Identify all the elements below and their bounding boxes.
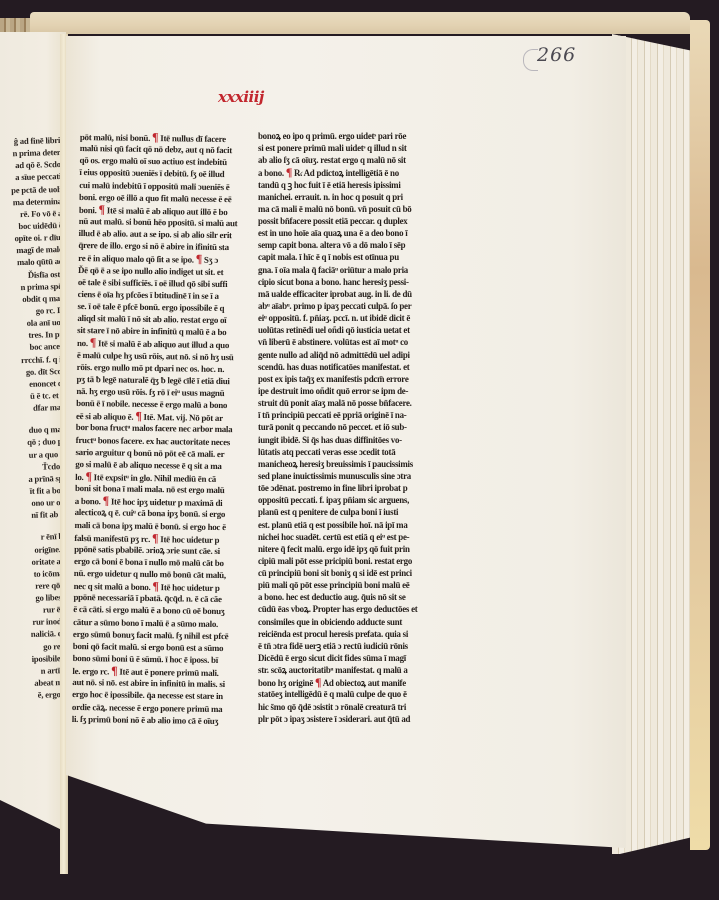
text-line: mā ualde efficaciter iprobat aug. in li.…	[258, 288, 434, 300]
text-line: post ex ipis taq̄ʒ ex manifestis pdcm̄ e…	[258, 373, 434, 385]
folio-number: 266	[537, 44, 576, 66]
paragraph-mark-rubric: ¶	[99, 202, 105, 216]
text-line: tōe ɔdēnat. postremo in fine libri iprob…	[258, 482, 434, 494]
text-line: cūdū ēas vboꝝ. Propter has ergo deductōe…	[258, 603, 434, 615]
paragraph-mark-rubric: ¶	[85, 469, 91, 483]
text-line: tandū q ꝫ hoc fuit ī ē etiā heresis ipis…	[258, 179, 434, 191]
text-line: ipe destruit imo oñdit quō error se ipm …	[258, 385, 434, 397]
paragraph-mark-rubric: ¶	[196, 252, 202, 266]
text-line: est. planū etiā q est possibile hoī. nā …	[258, 519, 434, 531]
paragraph-mark-rubric: ¶	[315, 675, 321, 689]
text-line: ē, ergo nīsl	[0, 688, 66, 703]
text-line: est in uno hoīe aīa quaꝝ una ē a deo bon…	[258, 227, 434, 239]
text-line: li. ſʒ primū boni nō ē ab alio imo cā ē …	[72, 713, 242, 728]
text-line: capit mala. ī hīc ē q ī nobis est otīnua…	[258, 251, 434, 263]
paragraph-mark-rubric: ¶	[286, 165, 292, 179]
text-line: semp capit bona. altera vō a dō malo ī s…	[258, 239, 434, 251]
text-line: nitere q̄ fecit malū. ergo idē ipʒ qō fu…	[258, 543, 434, 555]
text-line: manichei. errauit. n. in hoc q posuit q …	[258, 191, 434, 203]
paragraph-mark-rubric: ¶	[103, 494, 109, 508]
text-line: plr pōt ɔ ipaʒ ɔsistere ī ɔsiderari. aut…	[258, 713, 434, 725]
text-line: vn̄ liberū ē abstinere. volūtas est aī m…	[258, 336, 434, 348]
text-line: scendū. has duas notificatōes manifestat…	[258, 361, 434, 373]
text-line: ī tn̄ principiū peccati eē ppriā originē…	[258, 409, 434, 421]
text-line: consimiles que in obiciendo adducte sunt	[258, 616, 434, 628]
text-line: sed plane inuictissimis munusculis sine …	[258, 470, 434, 482]
text-line: str. scōꝝ auctoritatibᵘ manifestat. q ma…	[258, 664, 434, 676]
text-line: oppositū peccati. f. ipaʒ pn̄iam sic arg…	[258, 494, 434, 506]
text-line: eiᵘ oppositū. f. pn̄iaʒ. pccī. n. ut ibi…	[258, 312, 434, 324]
text-line: possit bn̄facere possit etiā peccar. q d…	[258, 215, 434, 227]
text-line: manicheoꝝ heresiʒ breuissimis ī paucissi…	[258, 458, 434, 470]
book-cover-fore-edge	[690, 20, 710, 850]
text-line: planū est q penitere de culpa boni ī ius…	[258, 506, 434, 518]
text-line: reiciēnda est procul heresis prefata. qu…	[258, 628, 434, 640]
text-line: iungit ibidē. Si q̄s has duas diffinitōe…	[258, 434, 434, 446]
text-line: gna. ī oīa mala q̄ faciāᵘ oriūtur a malo…	[258, 264, 434, 276]
paragraph-mark-rubric: ¶	[111, 664, 117, 678]
text-line: gente nullo ad aliq̄d nō admittēdū uel a…	[258, 349, 434, 361]
text-line: statōeʒ intelligēdū ē q malū culpe de qu…	[258, 688, 434, 700]
text-column-a: pōt malū, nisi bonū. ¶ Itē nullus dī fac…	[72, 130, 250, 727]
text-line: ma cā mali ē malū nō bonū. vn̄ posuit cū…	[258, 203, 434, 215]
paragraph-mark-rubric: ¶	[90, 336, 96, 350]
text-line: abᵘ aīabᵘ. primo p ipaʒ peccati culpā. ſ…	[258, 300, 434, 312]
text-line: ab alio ſʒ cā oīuʒ. restat ergo q malū n…	[258, 154, 434, 166]
text-line: turā ponit q peccando nō peccet. et iō s…	[258, 421, 434, 433]
text-line: a bono. ¶ R̷. Ad pdictoꝝ intelligētiā ē …	[258, 166, 434, 178]
running-head-rubric: xxxiiij	[218, 88, 264, 106]
text-line: lūtatis atq peccati veras esse ɔcedit to…	[258, 446, 434, 458]
paragraph-mark-rubric: ¶	[152, 130, 158, 144]
left-page-text-column: ĝ ad finē librin prima deterad qō ē. Scd…	[0, 134, 66, 703]
text-line: nichei hoc suadēt. certū est etiā q eiᵘ …	[258, 531, 434, 543]
left-page-verso: ĝ ad finē librin prima deterad qō ē. Scd…	[0, 32, 66, 832]
text-line: cipiū mali pōt esse pricipiū boni. resta…	[258, 555, 434, 567]
text-line: cipio sicut bona a bono. hanc heresiʒ pe…	[258, 276, 434, 288]
paragraph-mark-rubric: ¶	[152, 531, 158, 545]
paragraph-mark-rubric: ¶	[152, 579, 158, 593]
text-line: Dicēdū ē ergo sicut dicit fides sūma ī m…	[258, 652, 434, 664]
text-line: piū mali qō pōt esse principiū boni malū…	[258, 579, 434, 591]
text-line: bono hʒ originē ¶ Ad obiectoꝝ aut manife	[258, 676, 434, 688]
text-line: hic s̄mo qō q̄dē ɔsistit ɔ rōnalē creatu…	[258, 701, 434, 713]
text-line: cū principiū boni sit boniʒ q si idē est…	[258, 567, 434, 579]
text-line: a bono. hec est deductio aug. q̄uis nō s…	[258, 591, 434, 603]
text-line: si est ponere primū mali uidetˢ q illud …	[258, 142, 434, 154]
text-line: ē tn̄ ɔtra fidē uerꝫ etiā ɔ rectū iudici…	[258, 640, 434, 652]
text-line: uolūtas retinēdi uel oñdi qō iusticia ue…	[258, 324, 434, 336]
text-column-b: bonoꝝ eo ipo q primū. ergo uidetˢ pari r…	[258, 130, 434, 725]
text-line: struit dū ponit aīaʒ malā nō posse bn̄fa…	[258, 397, 434, 409]
book-photograph: ĝ ad finē librin prima deterad qō ē. Scd…	[0, 0, 719, 900]
paragraph-mark-rubric: ¶	[135, 409, 141, 423]
book-cover-top-edge	[30, 12, 690, 34]
text-line: bonoꝝ eo ipo q primū. ergo uidetˢ pari r…	[258, 130, 434, 142]
